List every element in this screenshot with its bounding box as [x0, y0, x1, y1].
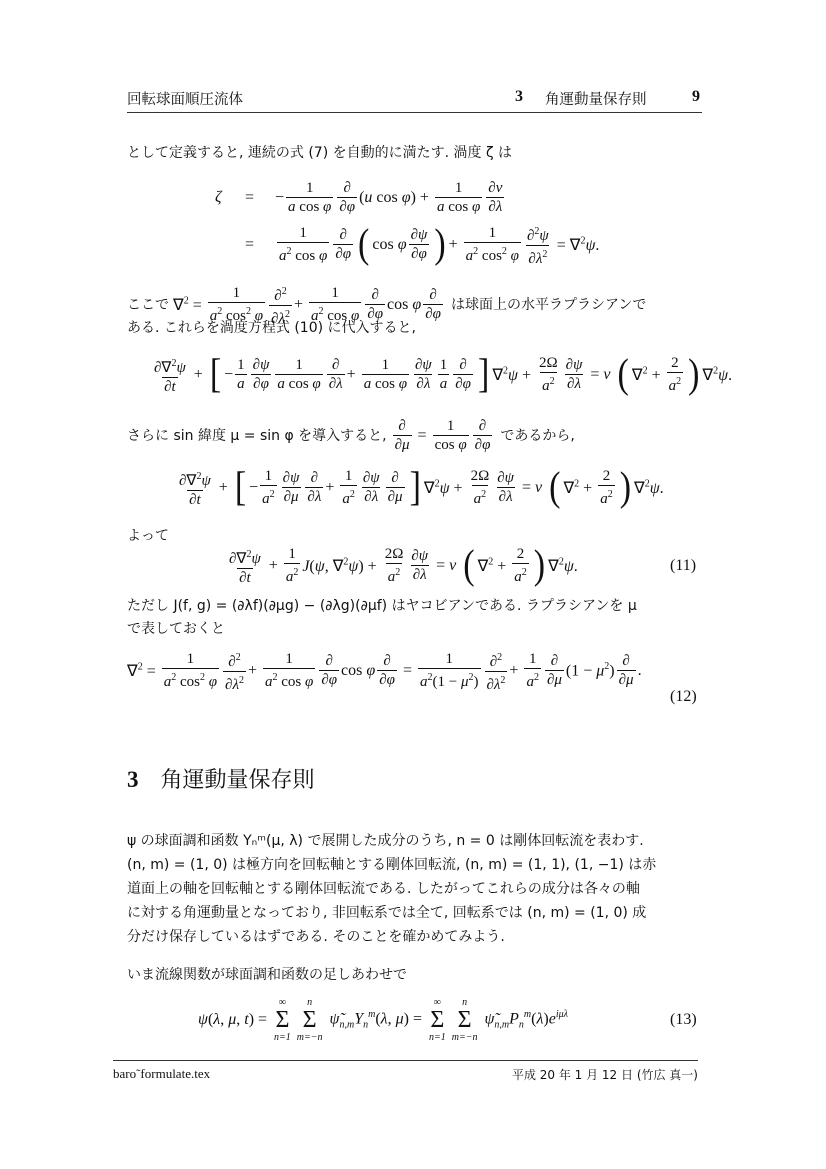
equation-number-11: (11) [670, 557, 696, 575]
paragraph-sin-latitude: さらに sin 緯度 μ = sin φ を導入すると, ∂∂μ = 1cos … [127, 414, 575, 458]
page-number: 9 [692, 88, 700, 106]
equation-number-12: (12) [670, 688, 697, 706]
equation-vorticity-phi: ∂∇2ψ∂t + [− 1a ∂ψ∂φ 1a cos φ ∂∂λ + 1a co… [150, 352, 732, 398]
paragraph-streamfunction: いま流線関数が球面調和函数の足しあわせで [127, 964, 407, 986]
equation-zeta-line1: ζ = − 1a cos φ ∂∂φ (u cos φ) + 1a cos φ … [215, 176, 506, 220]
paragraph-express-mu: で表しておくと [127, 618, 225, 640]
paragraph-jacobian: ただし J(f, g) = (∂λf)(∂μg) − (∂λg)(∂μf) はヤ… [127, 595, 637, 617]
paragraph-substitute: ある. これらを渦度方程式 (10) に代入すると, [127, 317, 416, 339]
running-header: 回転球面順圧流体 3 角運動量保存則 9 [127, 88, 702, 110]
paragraph-therefore: よって [127, 525, 169, 547]
paragraph-line: に対する角運動量となっており, 非回転系では全て, 回転系では (n, m) =… [127, 902, 646, 924]
paragraph-continuity: として定義すると, 連続の式 (7) を自動的に満たす. 渦度 ζ は [127, 142, 512, 164]
paragraph-line: 分だけ保存しているはずである. そのことを確かめてみよう. [127, 926, 505, 948]
equation-zeta-line2: = 1a2 cos φ ∂∂φ (cos φ ∂ψ∂φ )+ 1a2 cos2 … [215, 222, 599, 268]
paragraph-line: 道面上の軸を回転軸とする剛体回転流である. したがってこれらの成分は各々の軸 [127, 878, 640, 900]
equation-number-13: (13) [670, 1011, 697, 1029]
header-rule [127, 112, 702, 113]
section-number: 3 [127, 767, 139, 792]
equation-vorticity-mu: ∂∇2ψ∂t + [− 1a2 ∂ψ∂μ ∂∂λ + 1a2 ∂ψ∂λ ∂∂μ … [175, 465, 664, 511]
section-heading: 3角運動量保存則 [127, 763, 315, 794]
header-section-number: 3 [515, 88, 523, 106]
paragraph-line: (n, m) = (1, 0) は極方向を回転軸とする剛体回転流, (n, m)… [127, 854, 656, 876]
equation-11: ∂∇2ψ∂t + 1a2 J(ψ, ∇2ψ) + 2Ωa2 ∂ψ∂λ = ν (… [225, 543, 578, 589]
footer-date-author: 平成 20 年 1 月 12 日 (竹広 真一) [512, 1066, 698, 1083]
footer-filename: baro˜formulate.tex [113, 1066, 210, 1082]
equation-13: ψ(λ, μ, t) = ∞Σn=1 nΣm=−n ψ̃n,mYnm(λ, μ)… [198, 994, 568, 1046]
footer-rule [113, 1060, 698, 1061]
paragraph-line: ψ の球面調和函数 Yₙᵐ(μ, λ) で展開した成分のうち, n = 0 は剛… [127, 830, 644, 852]
header-section-title: 角運動量保存則 [545, 88, 647, 109]
document-title: 回転球面順圧流体 [127, 88, 243, 109]
section-title: 角運動量保存則 [161, 768, 315, 793]
equation-12: ∇2 = 1a2 cos2 φ ∂2∂λ2 + 1a2 cos φ ∂∂φ co… [127, 648, 642, 694]
